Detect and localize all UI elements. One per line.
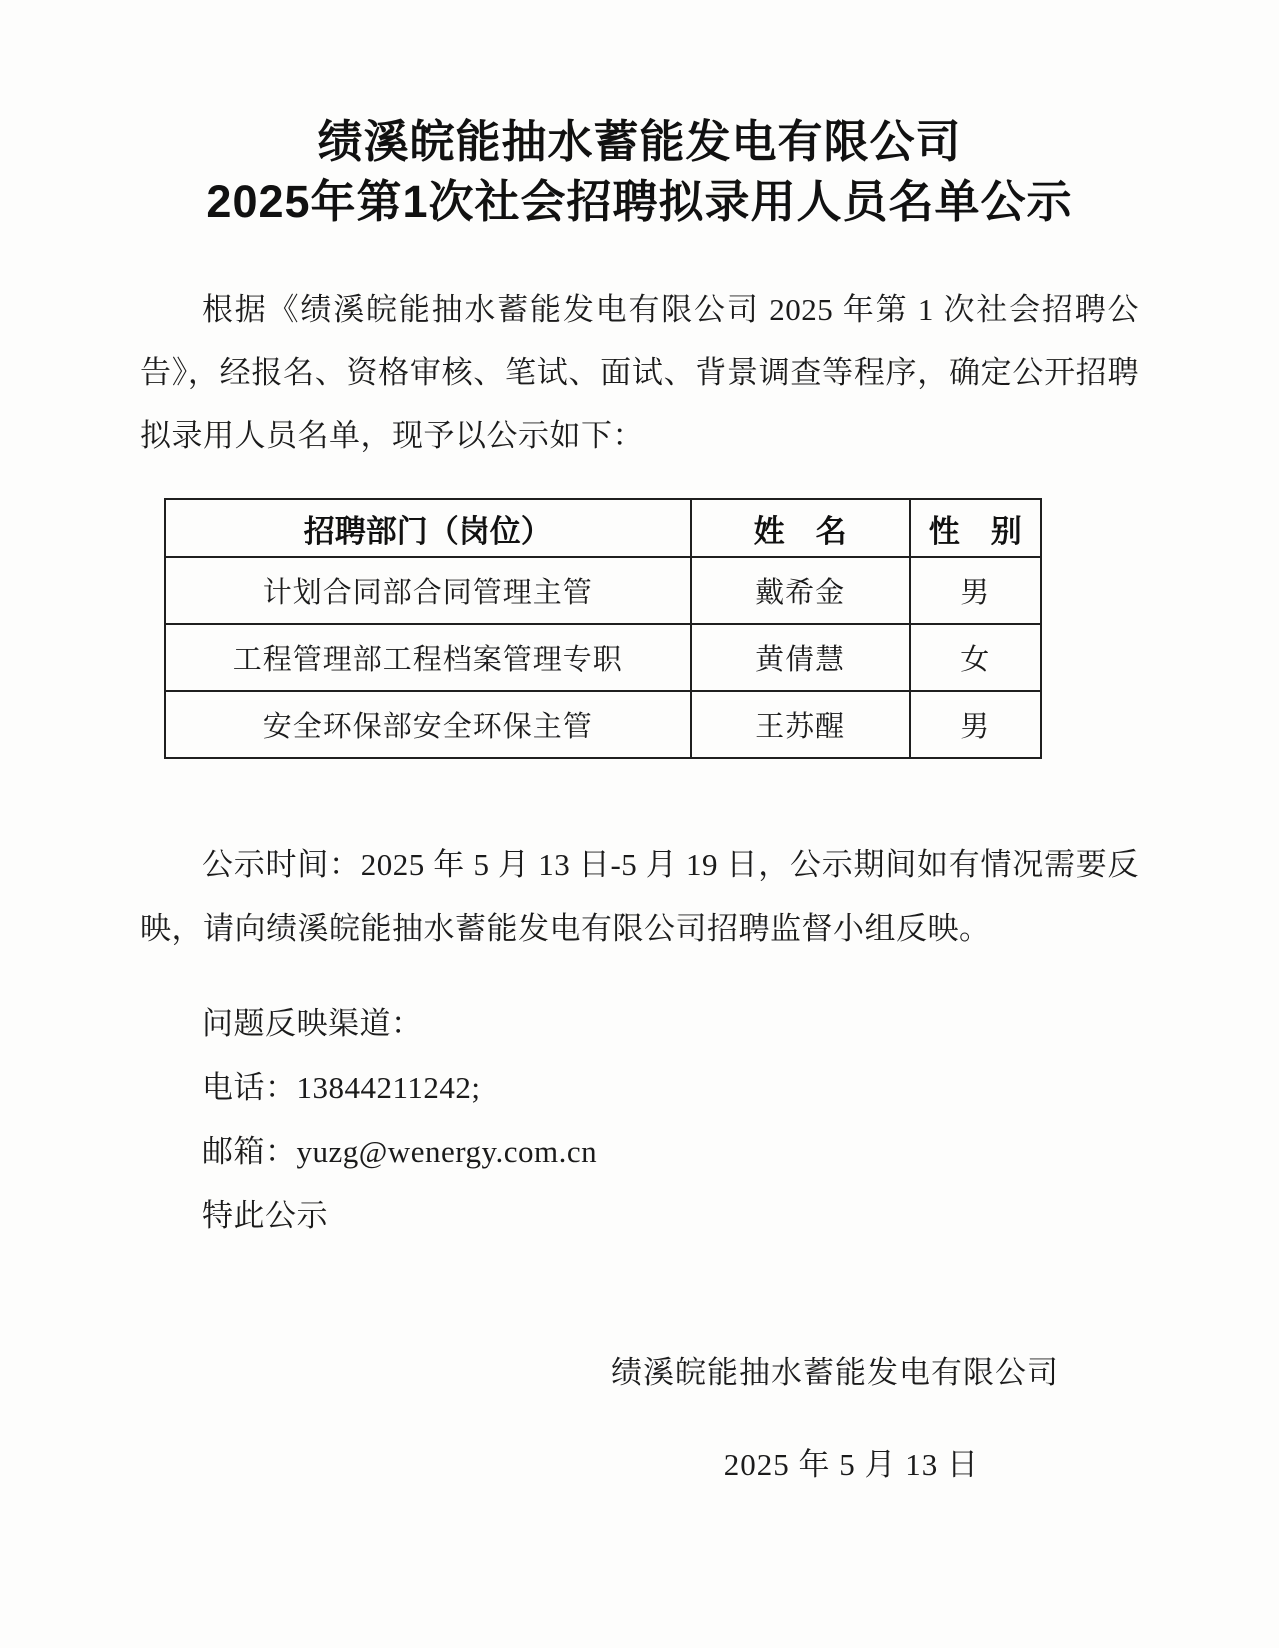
- notice-paragraph: 公示时间：2025 年 5 月 13 日-5 月 19 日，公示期间如有情况需要…: [140, 833, 1139, 961]
- signature-company: 绩溪皖能抽水蓄能发电有限公司: [140, 1352, 1139, 1394]
- cell-name: 王苏醒: [691, 691, 910, 758]
- document-content: 绩溪皖能抽水蓄能发电有限公司 2025年第1次社会招聘拟录用人员名单公示 根据《…: [0, 0, 1279, 1486]
- table-header-row: 招聘部门（岗位） 姓 名 性 别: [165, 499, 1041, 557]
- document-title-line1: 绩溪皖能抽水蓄能发电有限公司: [140, 112, 1139, 172]
- cell-department: 工程管理部工程档案管理专职: [165, 624, 691, 691]
- intro-paragraph: 根据《绩溪皖能抽水蓄能发电有限公司 2025 年第 1 次社会招聘公告》，经报名…: [140, 278, 1139, 467]
- document-title: 绩溪皖能抽水蓄能发电有限公司 2025年第1次社会招聘拟录用人员名单公示: [140, 112, 1139, 232]
- feedback-channel-heading: 问题反映渠道：: [140, 992, 1139, 1056]
- email-line: 邮箱：yuzg@wenergy.com.cn: [140, 1120, 1139, 1184]
- cell-gender: 男: [910, 691, 1041, 758]
- document-title-line2: 2025年第1次社会招聘拟录用人员名单公示: [140, 172, 1139, 232]
- recruitment-table: 招聘部门（岗位） 姓 名 性 别 计划合同部合同管理主管 戴希金 男 工程管理部…: [164, 498, 1042, 759]
- cell-department: 计划合同部合同管理主管: [165, 557, 691, 624]
- header-cell-department: 招聘部门（岗位）: [165, 499, 691, 557]
- signature-date: 2025 年 5 月 13 日: [140, 1444, 1139, 1486]
- cell-gender: 男: [910, 557, 1041, 624]
- table-row: 计划合同部合同管理主管 戴希金 男: [165, 557, 1041, 624]
- cell-name: 黄倩慧: [691, 624, 910, 691]
- closing-line: 特此公示: [140, 1184, 1139, 1248]
- table-row: 工程管理部工程档案管理专职 黄倩慧 女: [165, 624, 1041, 691]
- phone-line: 电话：13844211242;: [140, 1056, 1139, 1120]
- header-cell-name: 姓 名: [691, 499, 910, 557]
- document-page: 绩溪皖能抽水蓄能发电有限公司 2025年第1次社会招聘拟录用人员名单公示 根据《…: [0, 0, 1279, 1648]
- cell-name: 戴希金: [691, 557, 910, 624]
- cell-gender: 女: [910, 624, 1041, 691]
- header-cell-gender: 性 别: [910, 499, 1041, 557]
- table-row: 安全环保部安全环保主管 王苏醒 男: [165, 691, 1041, 758]
- cell-department: 安全环保部安全环保主管: [165, 691, 691, 758]
